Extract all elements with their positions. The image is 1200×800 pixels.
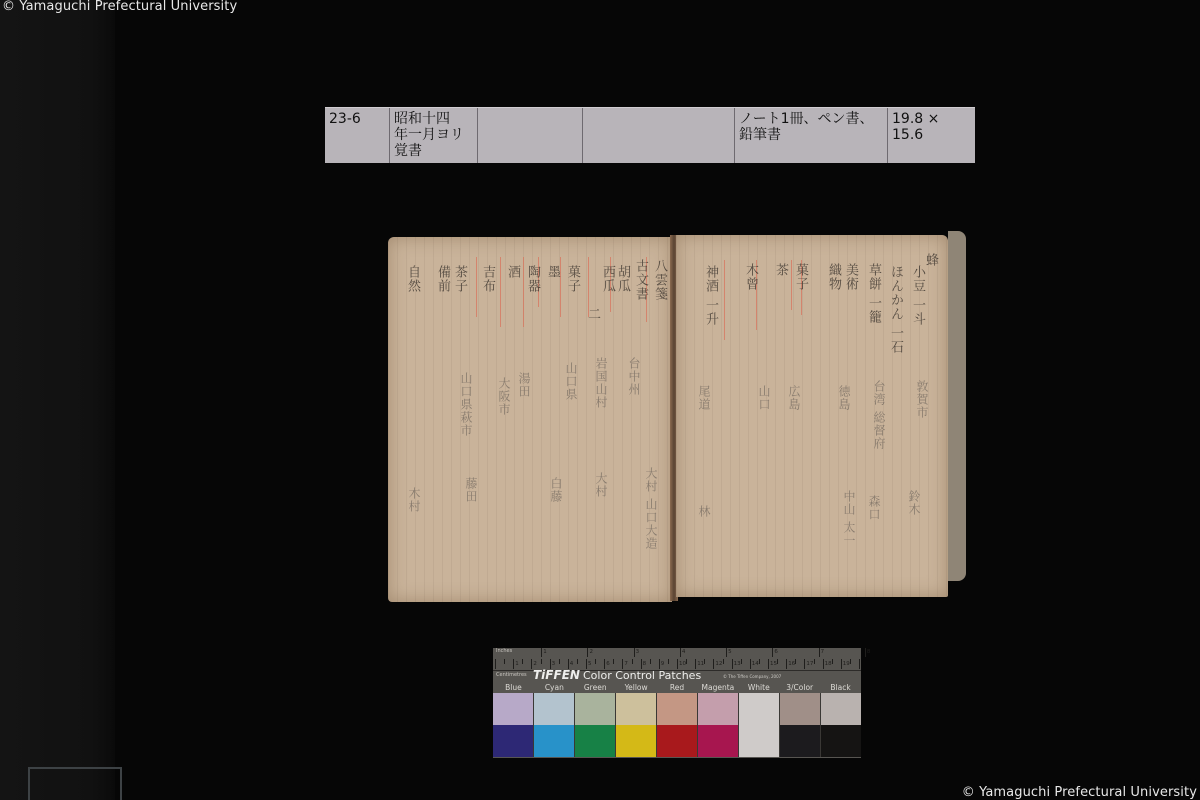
patch-light [657,693,697,725]
ruler-cm-number: 13 [734,661,741,667]
handwritten-column: 茶 [771,263,790,277]
handwritten-column: 菓子 [563,265,582,293]
ruler-tick [604,659,605,669]
ruler-cm-number: 7 [624,661,628,667]
handwritten-column: 大村 山口大造 [643,467,660,550]
patch-light [821,693,861,725]
notebook-left-page: 八雲箋古文書胡瓜西瓜二菓子墨陶器酒吉布茶子備前自然台中州岩国山村山口県湯田大阪市… [388,237,672,602]
patch-light [493,693,533,725]
patch-label: Cyan [534,683,575,692]
patch-label: Blue [493,683,534,692]
ruler-tick [804,659,805,669]
ruler-cm-label: Centimetres [496,672,527,678]
patch-label: 3/Color [779,683,820,692]
handwritten-column: 菓子 [791,263,810,291]
handwritten-column: 八雲箋 [650,259,669,301]
ruler-inch-number: 5 [728,649,732,655]
ruler-cm-number: 6 [606,661,610,667]
ruler-tick [559,659,560,664]
ruler-inch-tick [680,648,681,657]
ruler-cm-number: 4 [570,661,574,667]
ruler-inch-number: 6 [774,649,778,655]
ruler-inch-number: 8 [867,649,871,655]
ruler-tick [677,659,678,669]
patch-column-yellow [616,693,657,757]
patch-dark [739,725,779,757]
tiffen-color-chart: Inches 123456789101112131415161718191234… [493,648,861,758]
glass-frame-edge [28,767,122,800]
ruler-inches-label: Inches [496,648,512,654]
handwritten-column: 森口 [866,495,883,521]
ruler-inch-tick [772,648,773,657]
red-pencil-mark [476,257,477,317]
handwritten-column: 岩国山村 [593,357,610,409]
ruler-tick [750,659,751,669]
color-patches [493,693,861,757]
patch-column-magenta [698,693,739,757]
ruler-tick [695,659,696,669]
ruler-tick [595,659,596,664]
handwritten-column: 二 [583,307,602,321]
ruler-tick [613,659,614,664]
patch-dark [821,725,861,757]
ruler-inch-tick [726,648,727,657]
patch-light [698,693,738,725]
handwritten-column: 木曾 [741,263,760,291]
ruler-inch-number: 1 [543,649,547,655]
ruler-tick [859,659,860,669]
ruler-tick [841,659,842,669]
ruler-inch-number: 3 [636,649,640,655]
patch-column-white [739,693,780,757]
handwritten-column: 美術 [841,263,860,291]
copyright-credit-bottom: © Yamaguchi Prefectural University [962,785,1197,800]
patch-label: Magenta [697,683,738,692]
patch-dark [493,725,533,757]
handwritten-column: 大阪市 [496,377,513,416]
ruler-cm-number: 3 [552,661,556,667]
catalogue-card: 23-6昭和十四 年一月ヨリ 覚書ノート1冊、ペン書、 鉛筆書19.8 × 15… [325,107,975,163]
ruler-cm-number: 9 [661,661,665,667]
ruler-tick [586,659,587,669]
patch-column-red [657,693,698,757]
handwritten-column: 自然 [403,265,422,293]
patch-dark [534,725,574,757]
ruler-cm-number: 8 [643,661,647,667]
patch-column-blue [493,693,534,757]
ruler-tick [768,659,769,669]
ruler-tick [577,659,578,664]
ruler-inch-number: 4 [682,649,686,655]
handwritten-column: 台湾 総督府 [871,380,888,450]
handwritten-column: 酒 [503,265,522,279]
handwritten-column: 山口県萩市 [458,372,475,437]
patch-label: Green [575,683,616,692]
ruler-tick [513,659,514,669]
handwritten-column: 山口 [756,385,773,411]
ruler-tick [723,659,724,664]
handwritten-column: 小豆 一斗 [908,265,927,326]
card-cell: 19.8 × 15.6 [888,108,975,163]
handwritten-column: 鈴木 [906,490,923,516]
patch-light [739,693,779,725]
card-cell: 昭和十四 年一月ヨリ 覚書 [390,108,478,163]
patch-dark [575,725,615,757]
handwritten-column: 草餅 一籠 [864,263,883,324]
patch-column-green [575,693,616,757]
ruler-tick [650,659,651,664]
patch-labels: BlueCyanGreenYellowRedMagentaWhite3/Colo… [493,683,861,692]
patch-dark [780,725,820,757]
ruler-tick [659,659,660,669]
ruler-tick [686,659,687,664]
chart-title: Color Control Patches [583,669,701,682]
handwritten-column: ほんかん 一石 [886,265,905,354]
patch-label: Black [820,683,861,692]
ruler-cm-number: 15 [770,661,777,667]
handwritten-column: 古文書 [631,259,650,301]
notebook-right-page: 蜂小豆 一斗ほんかん 一石草餅 一籠美術織物菓子茶木曾神酒 一升敦賀市台湾 総督… [676,235,948,597]
ruler-inch-tick [819,648,820,657]
ruler-cm-number: 14 [752,661,759,667]
handwritten-column: 陶器 [523,265,542,293]
handwritten-column: 備前 [433,265,452,293]
ruler-tick [823,659,824,669]
background-panel [0,0,115,800]
ruler-cm-number: 19 [843,661,850,667]
handwritten-column: 神酒 一升 [701,265,720,326]
ruler-inch-tick [587,648,588,657]
handwritten-column: 台中州 [626,357,643,396]
ruler-tick [495,659,496,669]
patch-light [780,693,820,725]
patch-light [616,693,656,725]
ruler-inch-tick [541,648,542,657]
card-cell [478,108,583,163]
handwritten-column: 白藤 [548,477,565,503]
ruler-cm-number: 12 [715,661,722,667]
card-cell: 23-6 [325,108,390,163]
handwritten-column: 敦賀市 [914,380,931,419]
patch-light [575,693,615,725]
patch-column-3-color [780,693,821,757]
ruler-tick [632,659,633,664]
red-pencil-mark [500,257,501,327]
ruler-inch-tick [634,648,635,657]
ruler-tick [504,659,505,664]
ruler-tick [786,659,787,669]
ruler-tick [713,659,714,669]
ruler-tick [795,659,796,664]
ruler-cm-number: 18 [825,661,832,667]
ruler-tick [541,659,542,664]
ruler-inch-number: 7 [821,649,825,655]
handwritten-column: 林 [696,505,713,518]
ruler-tick [732,659,733,669]
chart-copyright: © The Tiffen Company, 2007 [723,674,781,679]
ruler-tick [759,659,760,664]
ruler-inch-tick [865,648,866,657]
handwritten-column: 広島 [786,385,803,411]
ruler-tick [522,659,523,664]
ruler-tick [668,659,669,664]
handwritten-column: 山口県 [563,362,580,401]
handwritten-column: 墨 [543,265,562,279]
ruler-cm-number: 5 [588,661,592,667]
handwritten-column: 木村 [406,487,423,513]
handwritten-column: 藤田 [463,477,480,503]
ruler-tick [622,659,623,669]
patch-dark [657,725,697,757]
ruler-cm-number: 1 [515,661,519,667]
ruler-cm-number: 11 [697,661,704,667]
patch-dark [698,725,738,757]
open-notebook: 八雲箋古文書胡瓜西瓜二菓子墨陶器酒吉布茶子備前自然台中州岩国山村山口県湯田大阪市… [388,231,966,603]
patch-column-black [821,693,861,757]
handwritten-column: 中山 太一 [841,490,858,547]
handwritten-column: 尾道 [696,385,713,411]
ruler-cm-number: 2 [533,661,537,667]
ruler-cm-number: 17 [806,661,813,667]
tiffen-logo: TiFFEN [533,668,580,682]
patch-column-cyan [534,693,575,757]
handwritten-column: 吉布 [478,265,497,293]
handwritten-column: 徳島 [836,385,853,411]
red-pencil-mark [724,260,725,340]
handwritten-column: 織物 [824,263,843,291]
patch-label: Red [657,683,698,692]
copyright-credit-top: © Yamaguchi Prefectural University [2,0,237,14]
handwritten-column: 大村 [593,472,610,498]
patch-label: White [738,683,779,692]
ruler-inch-number: 2 [589,649,593,655]
ruler-tick [641,659,642,669]
notebook-back-cover [948,231,966,581]
patch-label: Yellow [616,683,657,692]
card-cell: ノート1冊、ペン書、 鉛筆書 [735,108,888,163]
ruler-cm-number: 16 [788,661,795,667]
card-cell [583,108,735,163]
ruler-tick [777,659,778,664]
handwritten-column: 西瓜 [598,265,617,293]
handwritten-column: 茶子 [450,265,469,293]
patch-dark [616,725,656,757]
ruler-cm-number: 10 [679,661,686,667]
ruler-tick [704,659,705,664]
ruler-tick [814,659,815,664]
patch-light [534,693,574,725]
ruler-tick [850,659,851,664]
handwritten-column: 湯田 [516,372,533,398]
